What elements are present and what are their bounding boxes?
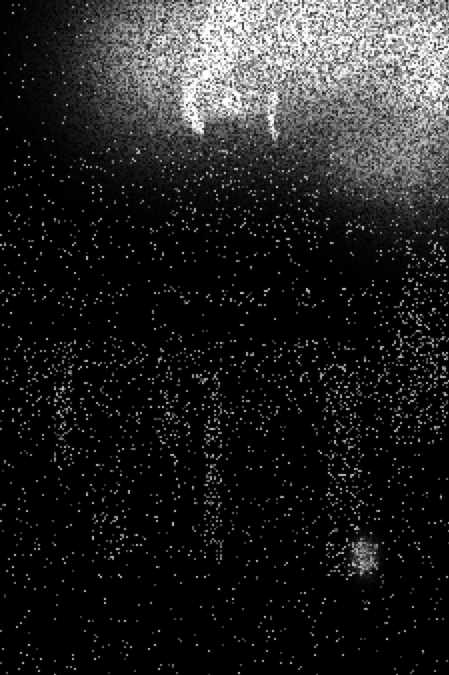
grainy-night-photograph bbox=[0, 0, 449, 675]
photo-canvas bbox=[0, 0, 449, 675]
